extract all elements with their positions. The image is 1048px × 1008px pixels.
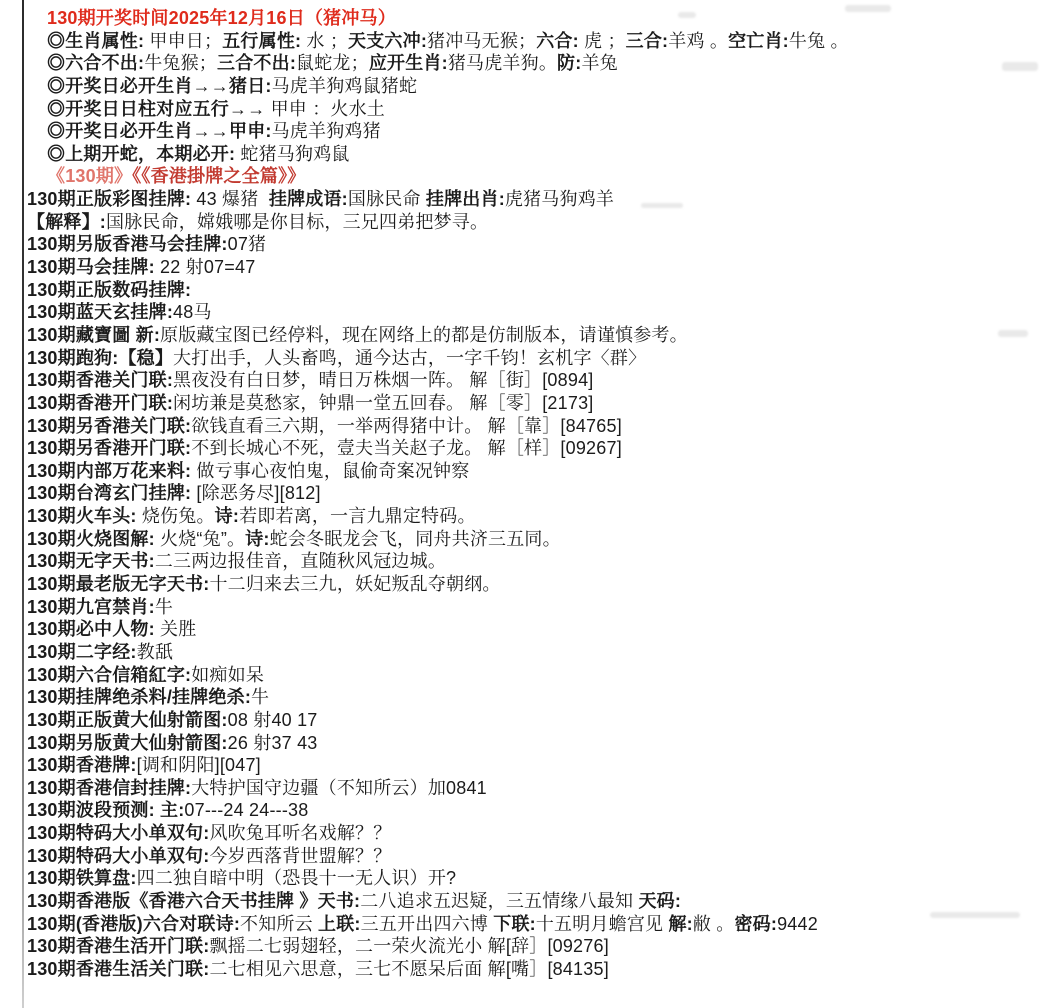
text-segment: 马虎羊狗鸡猪: [272, 121, 381, 141]
text-segment: 敝 。: [693, 914, 735, 934]
text-segment: 130期六合信箱紅字:: [27, 665, 191, 685]
text-segment: 欲钱直看三六期，一举两得猪中计。 解［靠］[84765]: [191, 416, 622, 436]
text-segment: 08 射40 17: [228, 710, 318, 730]
text-segment: 不到长城心不死，壹夫当关赵子龙。 解［样］[09267]: [191, 438, 622, 458]
text-segment: 三合不出:: [217, 53, 296, 73]
text-line: 130期香港牌:[调和阴阳][047]: [27, 754, 1048, 777]
text-line: 130期香港生活关门联:二七相见六思意，三七不愿呆后面 解[嘴］[84135]: [27, 958, 1048, 981]
text-line: 130期香港开门联:闲坊兼是莫愁家，钟鼎一堂五回春。 解［零］[2173]: [27, 392, 1048, 415]
text-segment: 130期马会挂牌:: [27, 257, 155, 277]
text-segment: 如痴如呆: [191, 665, 264, 685]
text-segment: 130期正版数码挂牌:: [27, 280, 191, 300]
text-segment: 130期挂牌绝杀料/挂牌绝杀:: [27, 687, 251, 707]
text-segment: 虎 ；: [579, 31, 626, 51]
text-line: 130期另版黄大仙射箭图:26 射37 43: [27, 732, 1048, 755]
text-segment: 130期香港生活关门联:: [27, 959, 209, 979]
text-segment: 诗:: [245, 529, 269, 549]
text-line: 130期正版黄大仙射箭图:08 射40 17: [27, 709, 1048, 732]
text-line: 130期二字经:教舐: [27, 641, 1048, 664]
text-segment: ◎开奖日必开生肖→→甲申:: [47, 121, 272, 141]
text-segment: ◎上期开蛇，本期必开:: [47, 144, 235, 164]
text-segment: 若即若离，一言九鼎定特码。: [239, 506, 476, 526]
text-segment: 130期香港关门联:: [27, 370, 173, 390]
text-segment: [除恶务尽][812]: [191, 483, 320, 503]
text-segment: ◎生肖属性:: [47, 31, 144, 51]
scan-artifact: [930, 912, 1020, 918]
text-segment: 130期无字天书:: [27, 551, 155, 571]
text-segment: 天码:: [638, 891, 681, 911]
text-line: 130期九宫禁肖:牛: [27, 596, 1048, 619]
text-segment: 解:: [668, 914, 692, 934]
text-segment: 130期火烧图解:: [27, 529, 155, 549]
scan-artifact: [998, 330, 1028, 337]
text-segment: 牛兔 。: [789, 31, 849, 51]
text-segment: 【解释】:: [27, 212, 106, 232]
text-line: 130期另版香港马会挂牌:07猪: [27, 233, 1048, 256]
text-segment: 二三两边报佳音，直随秋风冠边城。: [155, 551, 446, 571]
scan-artifact: [1002, 62, 1038, 71]
text-segment: 130期香港牌:: [27, 755, 137, 775]
text-segment: 猪冲马无猴；: [427, 31, 536, 51]
text-segment: 蛇猪马狗鸡鼠: [235, 144, 349, 164]
text-line: ◎六合不出:牛兔猴；三合不出:鼠蛇龙；应开生肖:猪马虎羊狗。防:羊兔: [27, 52, 1048, 75]
text-segment: 130期最老版无字天书:: [27, 574, 209, 594]
text-segment: 火烧“兔”。: [155, 529, 245, 549]
text-segment: 【稳】: [118, 348, 173, 368]
text-segment: 猪马虎羊狗。: [448, 53, 557, 73]
text-segment: 闲坊兼是莫愁家，钟鼎一堂五回春。 解［零］[2173]: [173, 393, 593, 413]
text-line: 130期必中人物: 关胜: [27, 618, 1048, 641]
text-line: 130期另香港开门联:不到长城心不死，壹夫当关赵子龙。 解［样］[09267]: [27, 437, 1048, 460]
text-line: 130期内部万花来料: 做亏事心夜怕鬼，鼠偷奇案况钟察: [27, 460, 1048, 483]
text-segment: 牛: [155, 597, 173, 617]
text-segment: 22 射07=47: [155, 257, 256, 277]
text-segment: 130期正版彩图挂牌:: [27, 189, 191, 209]
text-line: ◎上期开蛇，本期必开: 蛇猪马狗鸡鼠: [27, 143, 1048, 166]
text-segment: 四二独自暗中明（恐畏十一无人识）开?: [137, 868, 457, 888]
text-line: 130期特码大小单双句:今岁西落背世盟解？？: [27, 845, 1048, 868]
text-segment: 原版藏宝图已经停料，现在网络上的都是仿制版本，请谨慎参考。: [160, 325, 688, 345]
text-line: 130期正版数码挂牌:: [27, 279, 1048, 302]
text-line: 130期藏寶圖 新:原版藏宝图已经停料，现在网络上的都是仿制版本，请谨慎参考。: [27, 324, 1048, 347]
text-line: 【解释】:国脉民命，嫦娥哪是你目标，三兄四弟把梦寻。: [27, 211, 1048, 234]
text-segment: 国脉民命: [348, 189, 426, 209]
text-line: ◎开奖日必开生肖→→猪日:马虎羊狗鸡鼠猪蛇: [27, 75, 1048, 98]
text-segment: 26 射37 43: [228, 733, 318, 753]
text-segment: 甲申 ：火水土: [265, 99, 385, 119]
text-segment: 鼠蛇龙；: [296, 53, 369, 73]
text-segment: 二八追求五迟疑，三五情缘八最知: [360, 891, 638, 911]
text-line: 130期香港生活开门联:飘摇二七弱翅轻，二一荣火流光小 解[辞］[09276]: [27, 935, 1048, 958]
text-line: 130期开奖时间2025年12月16日（猪冲马）: [27, 7, 1048, 30]
text-line: 130期波段预测: 主:07---24 24---38: [27, 799, 1048, 822]
text-segment: [调和阴阳][047]: [137, 755, 261, 775]
text-segment: 130期香港生活开门联:: [27, 936, 209, 956]
text-segment: 羊鸡 。: [668, 31, 728, 51]
text-segment: 黑夜没有白日梦，晴日万株烟一阵。 解［街］[0894]: [173, 370, 593, 390]
text-segment: 130期另香港关门联:: [27, 416, 191, 436]
left-border-line: [22, 0, 24, 1008]
text-segment: 130期香港信封挂牌:: [27, 778, 191, 798]
text-segment: 上联:: [318, 914, 361, 934]
text-segment: 诗:: [215, 506, 239, 526]
text-segment: 130期开奖时间2025年12月16日（猪冲马）: [47, 8, 396, 28]
text-line: 130期香港信封挂牌:大特护国守边疆（不知所云）加0841: [27, 777, 1048, 800]
text-segment: ◎开奖日必开生肖→→猪日:: [47, 76, 272, 96]
text-line: ◎开奖日日柱对应五行→→ 甲申 ：火水土: [27, 98, 1048, 121]
text-segment: 密码:: [734, 914, 777, 934]
text-segment: 130期特码大小单双句:: [27, 823, 209, 843]
text-segment: 130期二字经:: [27, 642, 137, 662]
text-segment: 130期内部万花来料:: [27, 461, 191, 481]
text-segment: 43 爆猪: [191, 189, 269, 209]
content-lines: 130期开奖时间2025年12月16日（猪冲马）◎生肖属性: 甲申日；五行属性:…: [27, 7, 1048, 981]
text-segment: 牛: [251, 687, 269, 707]
text-segment: 130期台湾玄门挂牌:: [27, 483, 191, 503]
text-line: 130期台湾玄门挂牌: [除恶务尽][812]: [27, 482, 1048, 505]
text-segment: 130期跑狗:: [27, 348, 118, 368]
text-segment: ◎六合不出:: [47, 53, 144, 73]
text-segment: 大特护国守边疆（不知所云）加0841: [191, 778, 487, 798]
text-line: 130期香港关门联:黑夜没有白日梦，晴日万株烟一阵。 解［街］[0894]: [27, 369, 1048, 392]
text-line: 130期马会挂牌: 22 射07=47: [27, 256, 1048, 279]
text-segment: 风吹兔耳听名戏解？？: [209, 823, 391, 843]
text-segment: 07猪: [228, 234, 267, 254]
text-segment: 130期九宫禁肖:: [27, 597, 155, 617]
text-segment: 二七相见六思意，三七不愿呆后面 解[嘴］[84135]: [209, 959, 608, 979]
text-line: 130期香港版《香港六合天书挂牌 》天书:二八追求五迟疑，三五情缘八最知 天码:: [27, 890, 1048, 913]
text-segment: 07---24 24---38: [184, 800, 308, 820]
text-segment: 虎猪马狗鸡羊: [505, 189, 614, 209]
text-segment: 天支六冲:: [348, 31, 427, 51]
text-line: 130期特码大小单双句:风吹兔耳听名戏解？？: [27, 822, 1048, 845]
text-segment: 130期正版黄大仙射箭图:: [27, 710, 228, 730]
scan-artifact: [678, 12, 696, 18]
text-segment: 甲申日；: [144, 31, 222, 51]
text-segment: 130期另版香港马会挂牌:: [27, 234, 228, 254]
text-line: 《130期》《《香港掛牌之全篇》》: [27, 165, 1048, 188]
text-segment: 130期必中人物:: [27, 619, 155, 639]
text-segment: 48马: [173, 302, 212, 322]
text-line: 130期六合信箱紅字:如痴如呆: [27, 664, 1048, 687]
text-segment: 下联:: [493, 914, 536, 934]
text-segment: 三五开出四六博: [361, 914, 494, 934]
text-segment: 三合:: [626, 31, 669, 51]
text-segment: 六合:: [536, 31, 579, 51]
text-segment: 今岁西落背世盟解？？: [209, 846, 391, 866]
text-segment: 130期特码大小单双句:: [27, 846, 209, 866]
text-segment: 130期另香港开门联:: [27, 438, 191, 458]
text-segment: 130期香港版《香港六合天书挂牌 》天书:: [27, 891, 360, 911]
text-segment: 130期另版黄大仙射箭图:: [27, 733, 228, 753]
text-segment: 《《香港掛牌之全篇》》: [132, 166, 305, 186]
text-line: 130期挂牌绝杀料/挂牌绝杀:牛: [27, 686, 1048, 709]
text-segment: 130期铁算盘:: [27, 868, 137, 888]
page: 130期开奖时间2025年12月16日（猪冲马）◎生肖属性: 甲申日；五行属性:…: [0, 0, 1048, 1008]
text-segment: 空亡肖:: [728, 31, 789, 51]
text-segment: 大打出手，人头畜鸣，通今达古，一字千钧！玄机字〈群〉: [173, 348, 646, 368]
scan-artifact: [641, 203, 683, 208]
text-segment: 十二归来去三九，妖妃叛乱夺朝纲。: [209, 574, 500, 594]
text-line: 130期(香港版)六合对联诗:不知所云 上联:三五开出四六博 下联:十五明月蟾宫…: [27, 913, 1048, 936]
text-segment: 飘摇二七弱翅轻，二一荣火流光小 解[辞］[09276]: [209, 936, 608, 956]
text-line: 130期跑狗:【稳】大打出手，人头畜鸣，通今达古，一字千钧！玄机字〈群〉: [27, 347, 1048, 370]
text-segment: 做亏事心夜怕鬼，鼠偷奇案况钟察: [191, 461, 469, 481]
text-segment: 不知所云: [240, 914, 318, 934]
text-line: 130期另香港关门联:欲钱直看三六期，一举两得猪中计。 解［靠］[84765]: [27, 415, 1048, 438]
text-line: 130期正版彩图挂牌: 43 爆猪 挂牌成语:国脉民命 挂牌出肖:虎猪马狗鸡羊: [27, 188, 1048, 211]
text-segment: 五行属性:: [222, 31, 301, 51]
text-segment: 130期(香港版)六合对联诗:: [27, 914, 240, 934]
text-segment: 烧伤兔。: [137, 506, 215, 526]
text-line: ◎生肖属性: 甲申日；五行属性: 水 ；天支六冲:猪冲马无猴；六合: 虎 ；三合…: [27, 30, 1048, 53]
text-segment: ◎开奖日日柱对应五行→→: [47, 99, 265, 119]
text-segment: 国脉民命，嫦娥哪是你目标，三兄四弟把梦寻。: [106, 212, 488, 232]
text-segment: 挂牌出肖:: [426, 189, 505, 209]
text-segment: 130期火车头:: [27, 506, 137, 526]
text-line: ◎开奖日必开生肖→→甲申:马虎羊狗鸡猪: [27, 120, 1048, 143]
text-segment: 9442: [777, 914, 818, 934]
text-segment: 关胜: [155, 619, 197, 639]
text-line: 130期最老版无字天书:十二归来去三九，妖妃叛乱夺朝纲。: [27, 573, 1048, 596]
text-segment: 水 ；: [301, 31, 348, 51]
text-segment: 十五明月蟾宫见: [536, 914, 669, 934]
text-segment: 马虎羊狗鸡鼠猪蛇: [272, 76, 418, 96]
text-segment: 130期蓝天玄挂牌:: [27, 302, 173, 322]
text-segment: 应开生肖:: [369, 53, 448, 73]
text-segment: 《130期》: [47, 166, 132, 186]
text-line: 130期火烧图解: 火烧“兔”。诗:蛇会冬眠龙会飞，同舟共济三五同。: [27, 528, 1048, 551]
scan-artifact: [845, 5, 891, 12]
text-segment: 130期藏寶圖 新:: [27, 325, 160, 345]
text-segment: 130期波段预测: 主:: [27, 800, 184, 820]
text-segment: 130期香港开门联:: [27, 393, 173, 413]
text-segment: 挂牌成语:: [269, 189, 348, 209]
text-segment: 蛇会冬眠龙会飞，同舟共济三五同。: [270, 529, 561, 549]
text-line: 130期无字天书:二三两边报佳音，直随秋风冠边城。: [27, 550, 1048, 573]
text-segment: 防:: [557, 53, 581, 73]
text-segment: 教舐: [137, 642, 173, 662]
text-line: 130期火车头: 烧伤兔。诗:若即若离，一言九鼎定特码。: [27, 505, 1048, 528]
text-line: 130期蓝天玄挂牌:48马: [27, 301, 1048, 324]
text-line: 130期铁算盘:四二独自暗中明（恐畏十一无人识）开?: [27, 867, 1048, 890]
text-segment: 羊兔: [581, 53, 617, 73]
text-segment: 牛兔猴；: [144, 53, 217, 73]
